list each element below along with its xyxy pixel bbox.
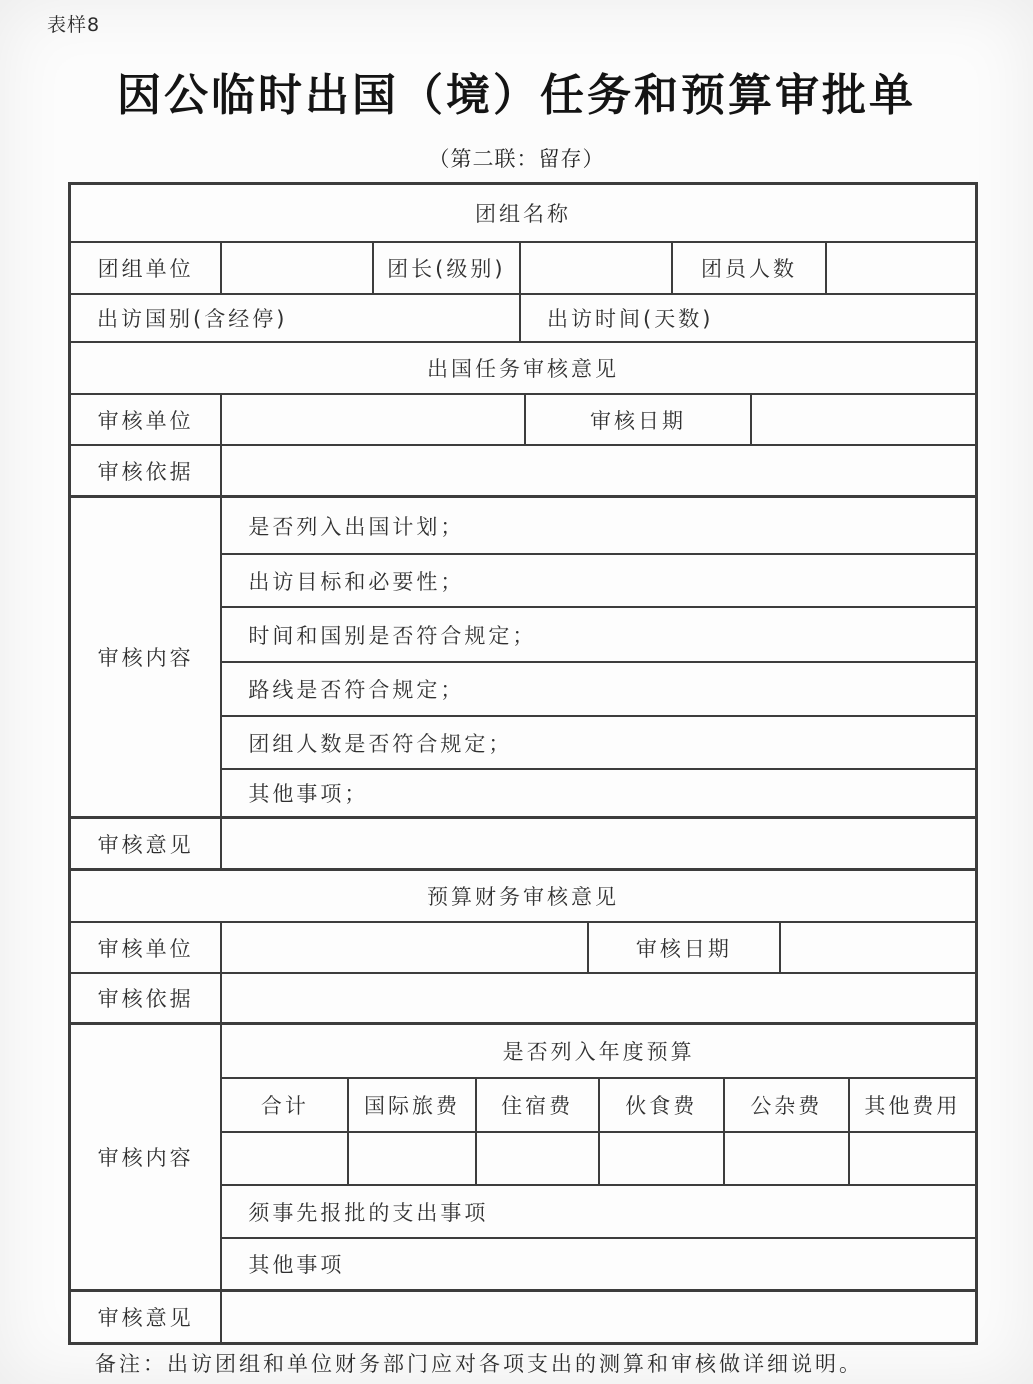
table-row: 团组单位团长(级别)团员人数: [71, 241, 975, 293]
review-item-time-country: 时间和国别是否符合规定；: [222, 608, 975, 661]
review-item-other: 其他事项；: [222, 770, 975, 816]
input-budget-review-date: [779, 923, 975, 972]
table-row: 审核意见: [71, 816, 975, 868]
table-row: 审核内容是否列入年度预算合计国际旅费住宿费伙食费公杂费其他费用须事先报批的支出事…: [71, 1022, 975, 1289]
table-subrow: 是否列入年度预算: [222, 1025, 975, 1077]
section-header-task-review: 出国任务审核意见: [71, 343, 975, 393]
field-label-budget-review-content: 审核内容: [71, 1025, 220, 1289]
input-leader-rank: [519, 243, 671, 293]
input-task-review-date: [750, 395, 975, 444]
field-label-task-review-content: 审核内容: [71, 498, 220, 816]
table-row: 出访国别(含经停)出访时间(天数): [71, 293, 975, 341]
input-budget-review-unit: [220, 923, 586, 972]
column-header-other-fees: 其他费用: [848, 1079, 975, 1131]
review-item-headcount: 团组人数是否符合规定；: [222, 717, 975, 768]
review-item-budget-other: 其他事项: [222, 1239, 975, 1289]
field-label-task-review-unit: 审核单位: [71, 395, 220, 444]
column-header-misc: 公杂费: [723, 1079, 848, 1131]
input-budget-review-opinion: [220, 1292, 975, 1342]
column-header-total: 合计: [222, 1079, 347, 1131]
table-row: 审核依据: [71, 972, 975, 1022]
section-header-budget-review: 预算财务审核意见: [71, 871, 975, 921]
page-subtitle: （第二联：留存）: [0, 143, 1033, 173]
input-meals: [598, 1133, 723, 1184]
table-subrow: 其他事项: [222, 1237, 975, 1289]
field-label-task-review-date: 审核日期: [524, 395, 750, 444]
column-header-meals: 伙食费: [598, 1079, 723, 1131]
table-subrow: [222, 1131, 975, 1184]
table-subrow: 是否列入出国计划；: [222, 498, 975, 553]
row-group: 是否列入出国计划；出访目标和必要性；时间和国别是否符合规定；路线是否符合规定；团…: [220, 498, 975, 816]
scanned-form-page: 表样8 因公临时出国（境）任务和预算审批单 （第二联：留存） 团组名称团组单位团…: [0, 0, 1033, 1384]
input-member-count: [825, 243, 975, 293]
table-subrow: 路线是否符合规定；: [222, 661, 975, 715]
input-other-fees: [848, 1133, 975, 1184]
row-group: 是否列入年度预算合计国际旅费住宿费伙食费公杂费其他费用须事先报批的支出事项其他事…: [220, 1025, 975, 1289]
field-label-member-count: 团员人数: [671, 243, 824, 293]
field-label-budget-review-unit: 审核单位: [71, 923, 220, 972]
table-row: 审核单位审核日期: [71, 393, 975, 444]
table-subrow: 时间和国别是否符合规定；: [222, 606, 975, 661]
table-row: 出国任务审核意见: [71, 341, 975, 393]
table-row: 团组名称: [71, 185, 975, 241]
column-header-lodging: 住宿费: [475, 1079, 598, 1131]
input-task-review-unit: [220, 395, 524, 444]
table-subrow: 出访目标和必要性；: [222, 553, 975, 606]
subsection-header-annual-budget: 是否列入年度预算: [222, 1025, 975, 1077]
input-lodging: [475, 1133, 598, 1184]
input-intl-travel: [347, 1133, 474, 1184]
field-label-budget-review-date: 审核日期: [587, 923, 779, 972]
review-item-preapproval-expense: 须事先报批的支出事项: [222, 1186, 975, 1237]
table-subrow: 其他事项；: [222, 768, 975, 816]
field-label-countries: 出访国别(含经停): [71, 295, 519, 341]
review-item-purpose: 出访目标和必要性；: [222, 555, 975, 606]
table-row: 审核单位审核日期: [71, 921, 975, 972]
input-task-review-basis: [220, 446, 975, 495]
field-label-task-review-basis: 审核依据: [71, 446, 220, 495]
review-item-in-plan: 是否列入出国计划；: [222, 498, 975, 553]
field-label-travel-days: 出访时间(天数): [519, 295, 975, 341]
corner-label: 表样8: [47, 10, 100, 37]
input-group-unit: [220, 243, 371, 293]
table-row: 审核依据: [71, 444, 975, 495]
column-header-intl-travel: 国际旅费: [347, 1079, 474, 1131]
table-subrow: 团组人数是否符合规定；: [222, 715, 975, 768]
field-label-group-unit: 团组单位: [71, 243, 220, 293]
approval-form-table: 团组名称团组单位团长(级别)团员人数出访国别(含经停)出访时间(天数)出国任务审…: [68, 182, 978, 1345]
table-subrow: 合计国际旅费住宿费伙食费公杂费其他费用: [222, 1077, 975, 1131]
table-row: 预算财务审核意见: [71, 868, 975, 921]
table-row: 审核内容是否列入出国计划；出访目标和必要性；时间和国别是否符合规定；路线是否符合…: [71, 495, 975, 816]
field-label-task-review-opinion: 审核意见: [71, 819, 220, 868]
field-label-group-name: 团组名称: [71, 185, 975, 241]
input-budget-review-basis: [220, 974, 975, 1022]
review-item-route: 路线是否符合规定；: [222, 663, 975, 715]
table-subrow: 须事先报批的支出事项: [222, 1184, 975, 1237]
input-misc: [723, 1133, 848, 1184]
footnote: 备注：出访团组和单位财务部门应对各项支出的测算和审核做详细说明。: [95, 1348, 863, 1378]
field-label-leader-rank: 团长(级别): [372, 243, 519, 293]
page-title: 因公临时出国（境）任务和预算审批单: [0, 74, 1033, 118]
field-label-budget-review-opinion: 审核意见: [71, 1292, 220, 1342]
field-label-budget-review-basis: 审核依据: [71, 974, 220, 1022]
table-row: 审核意见: [71, 1289, 975, 1342]
input-task-review-opinion: [220, 819, 975, 868]
input-total: [222, 1133, 347, 1184]
